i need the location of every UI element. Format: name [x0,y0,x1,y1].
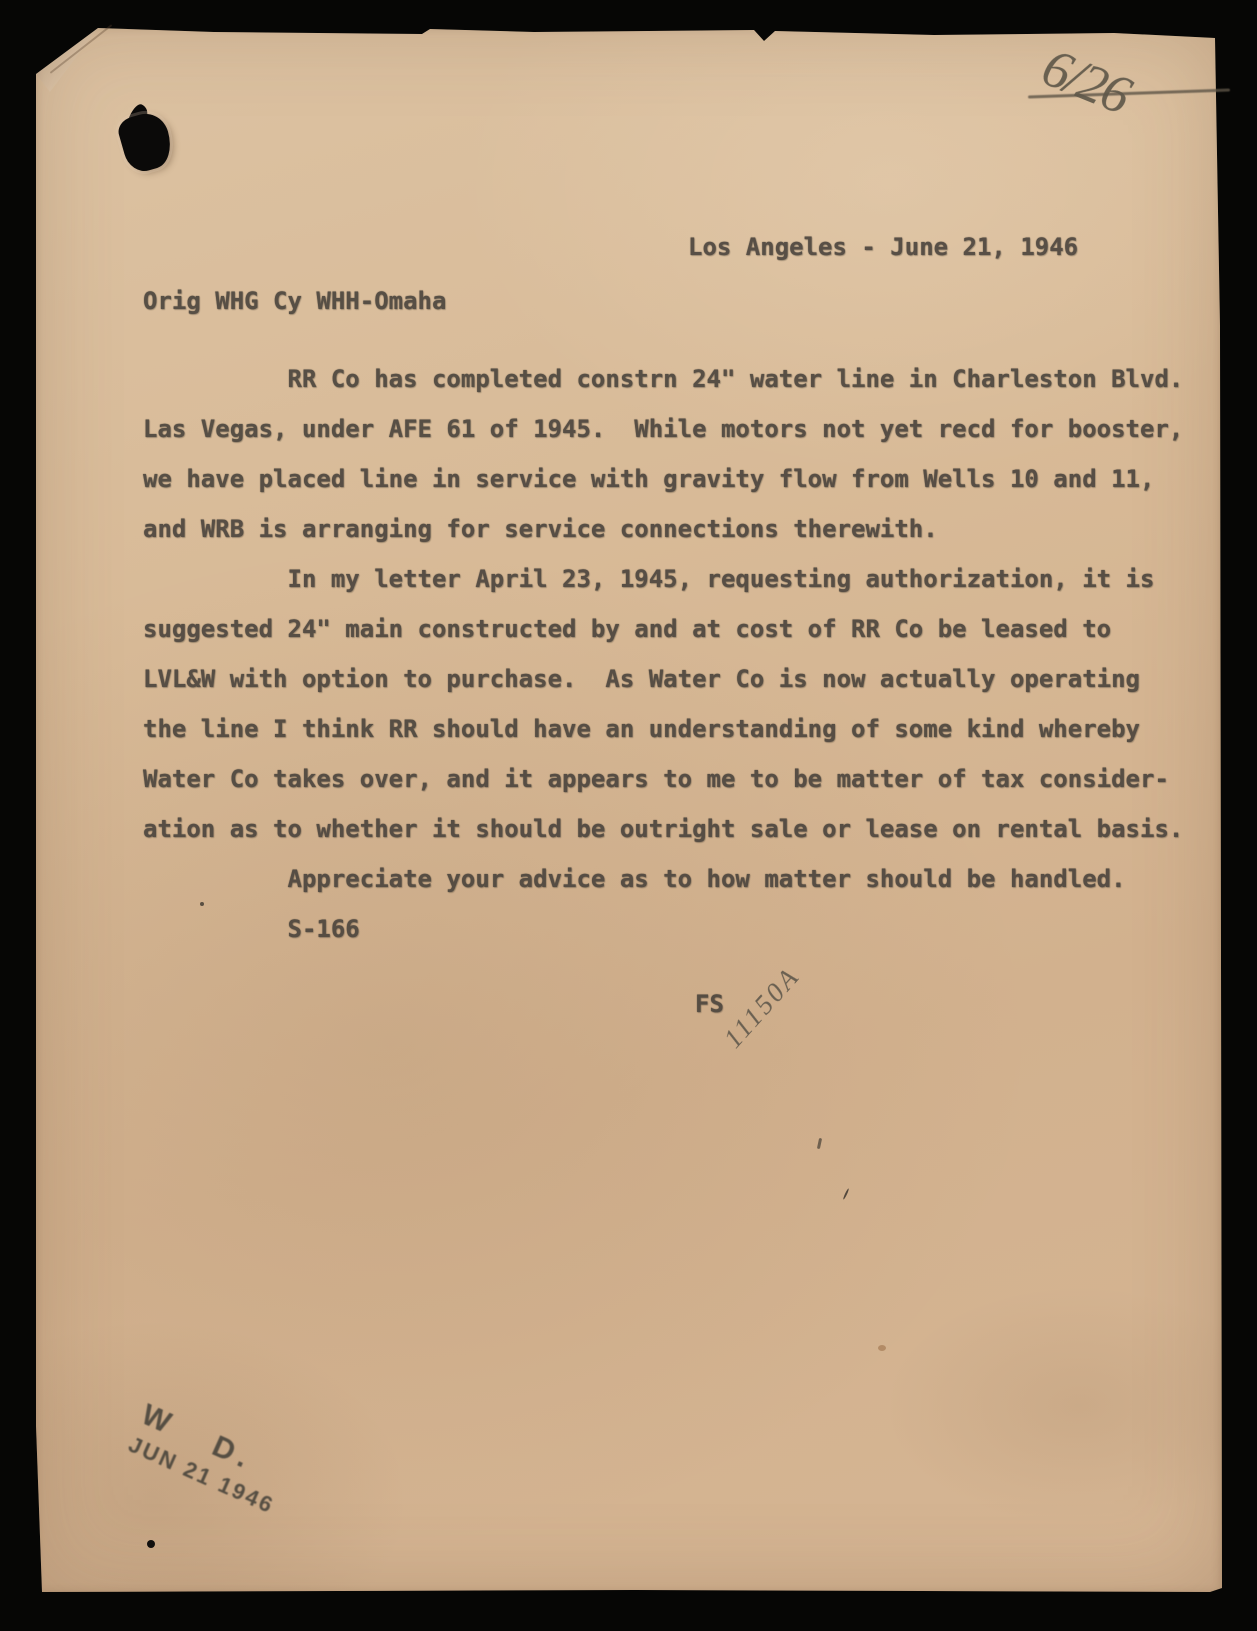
letter-paper-sheet [34,26,1222,1594]
scanned-letter-photo: { "letter": { "dateline": "Los Angeles -… [0,0,1257,1631]
